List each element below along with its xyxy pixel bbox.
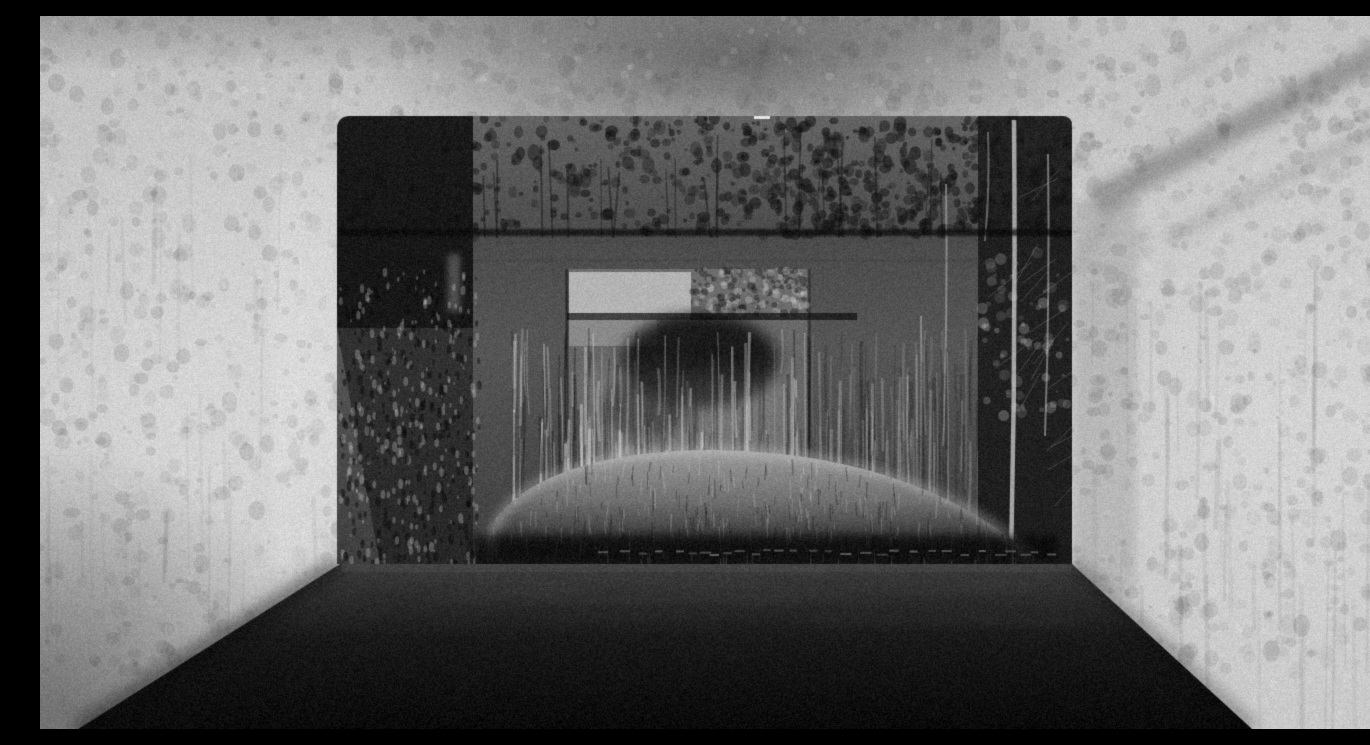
culvert-photo-canvas xyxy=(40,16,1370,729)
culvert-photograph xyxy=(40,16,1370,729)
